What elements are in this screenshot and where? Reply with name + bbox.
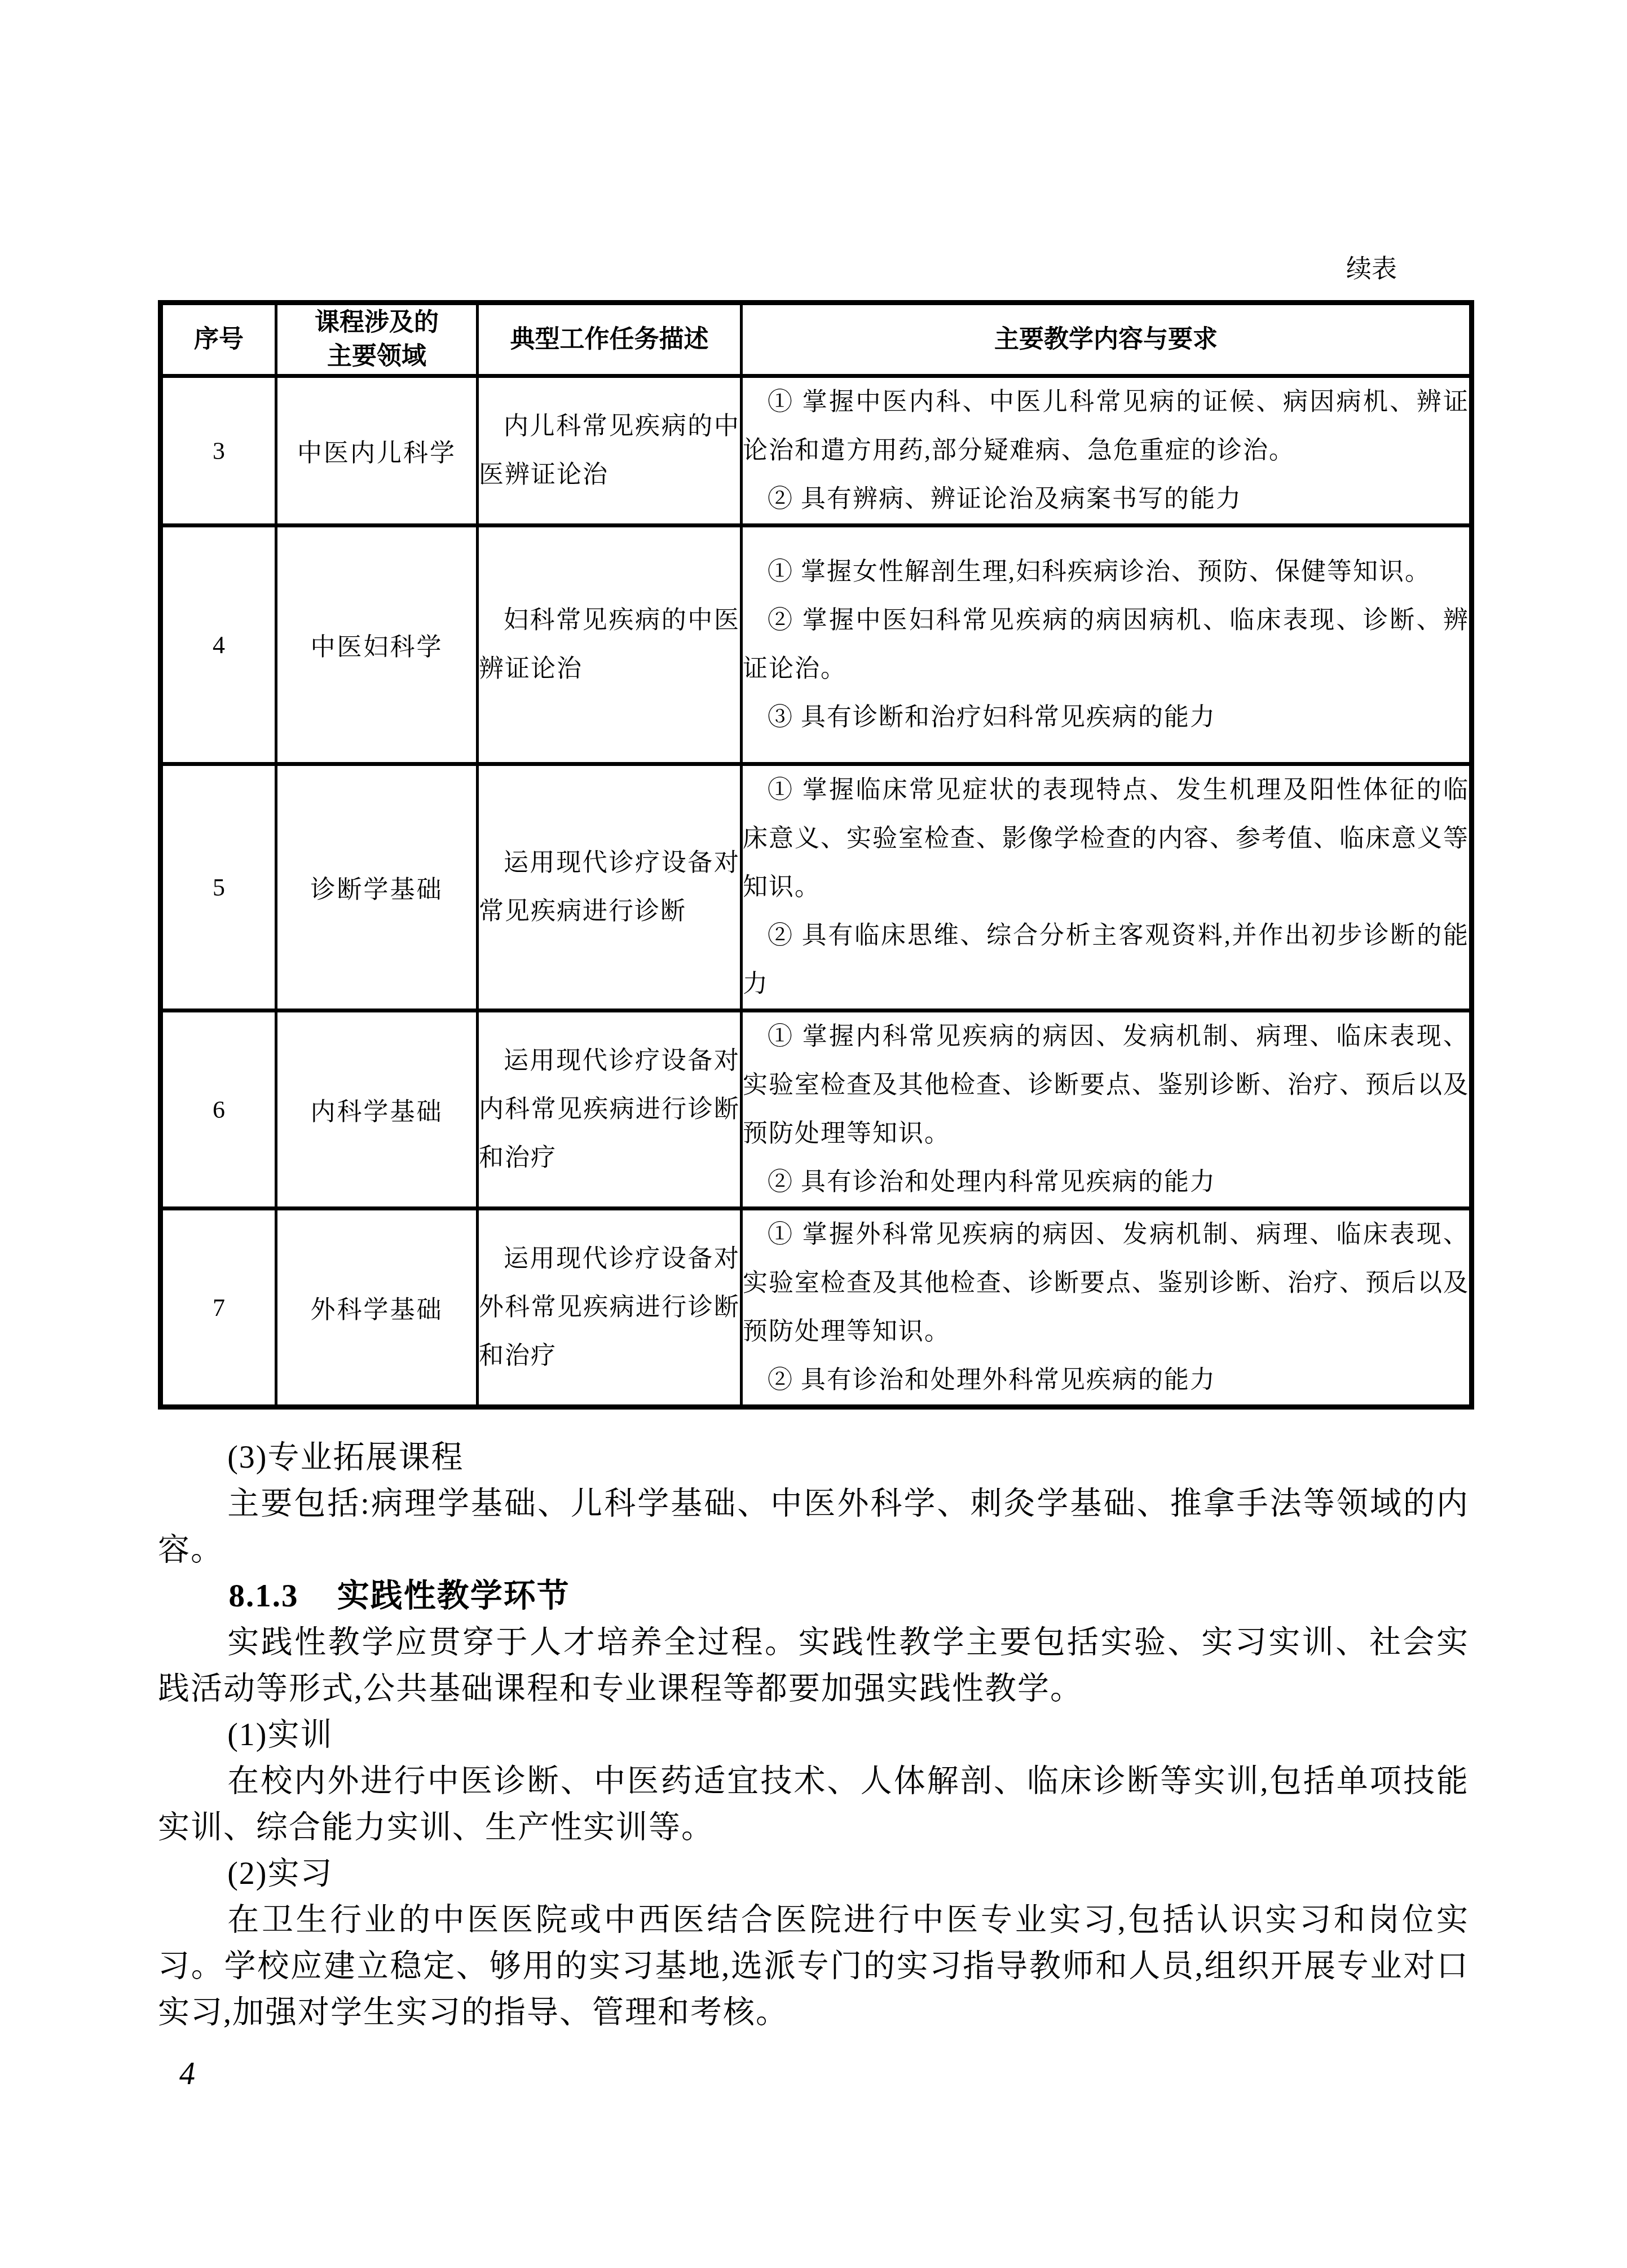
curriculum-table: 序号 课程涉及的 主要领域 典型工作任务描述 主要教学内容与要求 3 中医内儿科… (158, 300, 1474, 1410)
task-text: 运用现代诊疗设备对内科常见疾病进行诊断和治疗 (479, 1037, 740, 1182)
cell-teaching-content: ① 掌握中医内科、中医儿科常见病的证候、病因病机、辨证论治和遣方用药,部分疑难病… (742, 376, 1472, 526)
table-header-row: 序号 课程涉及的 主要领域 典型工作任务描述 主要教学内容与要求 (161, 303, 1472, 376)
cell-row-number: 6 (161, 1011, 276, 1209)
table-row: 5 诊断学基础 运用现代诊疗设备对常见疾病进行诊断 ① 掌握临床常见症状的表现特… (161, 764, 1472, 1011)
table-row: 3 中医内儿科学 内儿科常见疾病的中医辨证论治 ① 掌握中医内科、中医儿科常见病… (161, 376, 1472, 526)
cell-task-description: 内儿科常见疾病的中医辨证论治 (478, 376, 742, 526)
content-item: ② 具有临床思维、综合分析主客观资料,并作出初步诊断的能力 (743, 911, 1469, 1009)
table-row: 6 内科学基础 运用现代诊疗设备对内科常见疾病进行诊断和治疗 ① 掌握内科常见疾… (161, 1011, 1472, 1209)
page-content: 续表 序号 课程涉及的 主要领域 典型工作任务描述 主要教学内容与要求 3 中医… (158, 0, 1469, 2091)
header-area: 课程涉及的 主要领域 (276, 303, 478, 376)
body-text-block: (3)专业拓展课程 主要包括:病理学基础、儿科学基础、中医外科学、刺灸学基础、推… (158, 1434, 1469, 2036)
cell-task-description: 妇科常见疾病的中医辨证论治 (478, 526, 742, 764)
header-no: 序号 (161, 303, 276, 376)
content-item: ① 掌握中医内科、中医儿科常见病的证候、病因病机、辨证论治和遣方用药,部分疑难病… (743, 378, 1469, 475)
cell-task-description: 运用现代诊疗设备对内科常见疾病进行诊断和治疗 (478, 1011, 742, 1209)
header-area-line2: 主要领域 (277, 340, 476, 373)
body-paragraph: 实践性教学应贯穿于人才培养全过程。实践性教学主要包括实验、实习实训、社会实践活动… (158, 1619, 1469, 1712)
content-item: ② 具有诊治和处理内科常见疾病的能力 (743, 1158, 1469, 1206)
task-text: 运用现代诊疗设备对外科常见疾病进行诊断和治疗 (479, 1235, 740, 1380)
task-text: 内儿科常见疾病的中医辨证论治 (479, 402, 740, 499)
continued-table-label: 续表 (158, 255, 1469, 283)
cell-course-area: 中医妇科学 (276, 526, 478, 764)
content-item: ① 掌握女性解剖生理,妇科疾病诊治、预防、保健等知识。 (743, 548, 1469, 596)
cell-row-number: 3 (161, 376, 276, 526)
body-paragraph: (2)实习 (158, 1851, 1469, 1897)
cell-course-area: 诊断学基础 (276, 764, 478, 1011)
cell-course-area: 内科学基础 (276, 1011, 478, 1209)
header-content: 主要教学内容与要求 (742, 303, 1472, 376)
section-number: 8.1.3 (228, 1578, 298, 1614)
cell-course-area: 中医内儿科学 (276, 376, 478, 526)
cell-teaching-content: ① 掌握女性解剖生理,妇科疾病诊治、预防、保健等知识。 ② 掌握中医妇科常见疾病… (742, 526, 1472, 764)
cell-row-number: 7 (161, 1209, 276, 1407)
section-title: 实践性教学环节 (337, 1578, 570, 1614)
body-paragraph: 在校内外进行中医诊断、中医药适宜技术、人体解剖、临床诊断等实训,包括单项技能实训… (158, 1758, 1469, 1851)
cell-teaching-content: ① 掌握临床常见症状的表现特点、发生机理及阳性体征的临床意义、实验室检查、影像学… (742, 764, 1472, 1011)
body-paragraph: (1)实训 (158, 1712, 1469, 1758)
content-item: ③ 具有诊断和治疗妇科常见疾病的能力 (743, 693, 1469, 742)
section-heading: 8.1.3实践性教学环节 (158, 1573, 1469, 1619)
task-text: 妇科常见疾病的中医辨证论治 (479, 596, 740, 693)
table-row: 7 外科学基础 运用现代诊疗设备对外科常见疾病进行诊断和治疗 ① 掌握外科常见疾… (161, 1209, 1472, 1407)
cell-teaching-content: ① 掌握外科常见疾病的病因、发病机制、病理、临床表现、实验室检查及其他检查、诊断… (742, 1209, 1472, 1407)
cell-teaching-content: ① 掌握内科常见疾病的病因、发病机制、病理、临床表现、实验室检查及其他检查、诊断… (742, 1011, 1472, 1209)
content-item: ① 掌握外科常见疾病的病因、发病机制、病理、临床表现、实验室检查及其他检查、诊断… (743, 1210, 1469, 1356)
task-text: 运用现代诊疗设备对常见疾病进行诊断 (479, 839, 740, 936)
body-paragraph: 在卫生行业的中医医院或中西医结合医院进行中医专业实习,包括认识实习和岗位实习。学… (158, 1897, 1469, 2036)
content-item: ② 具有辨病、辨证论治及病案书写的能力 (743, 475, 1469, 523)
table-row: 4 中医妇科学 妇科常见疾病的中医辨证论治 ① 掌握女性解剖生理,妇科疾病诊治、… (161, 526, 1472, 764)
cell-course-area: 外科学基础 (276, 1209, 478, 1407)
cell-task-description: 运用现代诊疗设备对常见疾病进行诊断 (478, 764, 742, 1011)
header-area-line1: 课程涉及的 (277, 306, 476, 340)
cell-task-description: 运用现代诊疗设备对外科常见疾病进行诊断和治疗 (478, 1209, 742, 1407)
content-item: ① 掌握临床常见症状的表现特点、发生机理及阳性体征的临床意义、实验室检查、影像学… (743, 766, 1469, 911)
page-number: 4 (158, 2057, 1469, 2091)
body-paragraph: (3)专业拓展课程 (158, 1434, 1469, 1481)
content-item: ① 掌握内科常见疾病的病因、发病机制、病理、临床表现、实验室检查及其他检查、诊断… (743, 1012, 1469, 1158)
content-item: ② 具有诊治和处理外科常见疾病的能力 (743, 1356, 1469, 1404)
header-task: 典型工作任务描述 (478, 303, 742, 376)
document-page: 续表 序号 课程涉及的 主要领域 典型工作任务描述 主要教学内容与要求 3 中医… (0, 0, 1627, 2268)
cell-row-number: 4 (161, 526, 276, 764)
body-paragraph: 主要包括:病理学基础、儿科学基础、中医外科学、刺灸学基础、推拿手法等领域的内容。 (158, 1481, 1469, 1573)
cell-row-number: 5 (161, 764, 276, 1011)
content-item: ② 掌握中医妇科常见疾病的病因病机、临床表现、诊断、辨证论治。 (743, 596, 1469, 693)
